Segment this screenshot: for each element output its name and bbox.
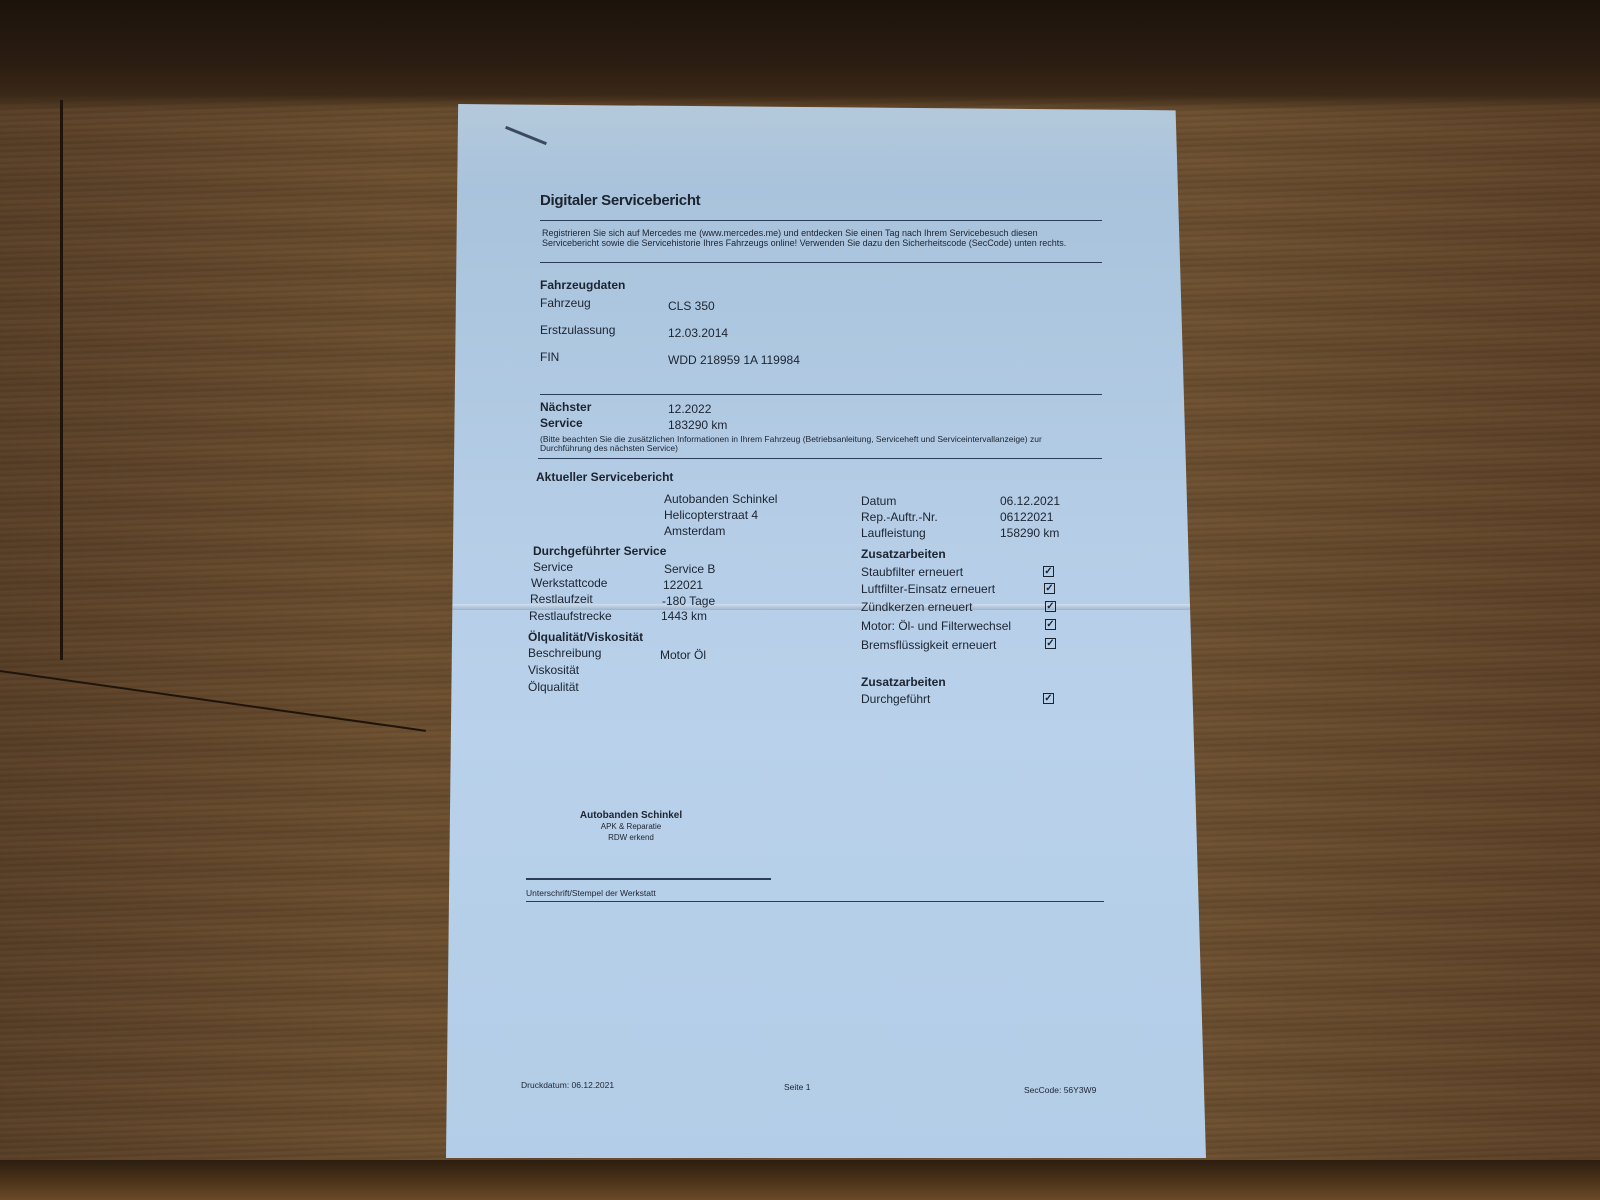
intro-text-line1: Registrieren Sie sich auf Mercedes me (w… [542,228,1038,238]
remaining-time-label: Restlaufzeit [530,592,593,606]
next-service-date: 12.2022 [668,402,711,416]
checkbox-checked-icon: ✓ [1044,583,1055,594]
sec-code: SecCode: 56Y3W9 [1024,1085,1096,1095]
pen-mark [505,126,547,145]
checkbox-checked-icon: ✓ [1045,638,1056,649]
vehicle-heading: Fahrzeugdaten [540,278,625,292]
document-title: Digitaler Servicebericht [540,192,700,209]
oil-viscosity-label: Viskosität [528,663,579,677]
workshop-code-label: Werkstattcode [531,576,607,590]
oil-description-value: Motor Öl [660,648,706,662]
mileage-value: 158290 km [1000,526,1059,540]
vehicle-value: CLS 350 [668,299,715,313]
divider [540,394,1102,395]
next-service-note-line2: Durchführung des nächsten Service) [540,443,678,453]
workshop-street: Helicopterstraat 4 [664,508,758,522]
date-value: 06.12.2021 [1000,494,1060,508]
vin-label: FIN [540,350,559,364]
page-number: Seite 1 [784,1082,810,1092]
workshop-name: Autobanden Schinkel [664,492,777,506]
first-registration-label: Erstzulassung [540,323,615,337]
vin-value: WDD 218959 1A 119984 [668,353,800,367]
checkbox-checked-icon: ✓ [1043,566,1054,577]
first-registration-value: 12.03.2014 [668,326,728,340]
vehicle-label: Fahrzeug [540,296,591,310]
checkbox-checked-icon: ✓ [1045,619,1056,630]
workshop-code-value: 122021 [663,578,703,592]
divider [540,262,1102,263]
table-edge [0,1160,1600,1200]
extra-work-item: Zündkerzen erneuert [861,600,972,614]
mileage-label: Laufleistung [861,526,926,540]
workshop-stamp: Autobanden Schinkel APK & Reparatie RDW … [566,810,696,843]
remaining-distance-value: 1443 km [661,609,707,623]
stamp-name: Autobanden Schinkel [566,810,696,821]
intro-text-line2: Servicebericht sowie die Servicehistorie… [542,238,1066,248]
checkbox-checked-icon: ✓ [1045,601,1056,612]
checkbox-checked-icon: ✓ [1043,693,1054,704]
repair-order-value: 06122021 [1000,510,1053,524]
signature-line [526,878,771,880]
print-date: Druckdatum: 06.12.2021 [521,1080,614,1090]
stamp-line2: RDW erkend [566,832,696,843]
service-label: Service [533,560,573,574]
next-service-label-2: Service [540,416,583,430]
workshop-city: Amsterdam [664,524,725,538]
plank-seam [60,100,63,660]
oil-description-label: Beschreibung [528,646,601,660]
divider [540,220,1102,221]
current-report-heading: Aktueller Servicebericht [536,470,673,484]
extra-work-performed: Durchgeführt [861,692,930,706]
oil-heading: Ölqualität/Viskosität [528,630,643,644]
service-value: Service B [664,562,715,576]
signature-label: Unterschrift/Stempel der Werkstatt [526,888,656,898]
divider [526,901,1104,902]
next-service-km: 183290 km [668,418,727,432]
stamp-line1: APK & Reparatie [566,821,696,832]
extra-work-heading-2: Zusatzarbeiten [861,675,946,689]
extra-work-item: Motor: Öl- und Filterwechsel [861,619,1011,633]
next-service-label-1: Nächster [540,400,591,414]
oil-quality-label: Ölqualität [528,680,579,694]
service-report-paper: Digitaler Servicebericht Registrieren Si… [446,104,1206,1158]
extra-work-item: Luftfilter-Einsatz erneuert [861,582,995,596]
remaining-time-value: -180 Tage [662,594,715,608]
date-label: Datum [861,494,896,508]
extra-work-item: Bremsflüssigkeit erneuert [861,638,996,652]
performed-service-heading: Durchgeführter Service [533,544,666,558]
remaining-distance-label: Restlaufstrecke [529,609,612,623]
repair-order-label: Rep.-Auftr.-Nr. [861,510,938,524]
extra-work-heading: Zusatzarbeiten [861,547,946,561]
divider [538,458,1102,459]
extra-work-item: Staubfilter erneuert [861,565,963,579]
plank-seam [0,670,426,732]
